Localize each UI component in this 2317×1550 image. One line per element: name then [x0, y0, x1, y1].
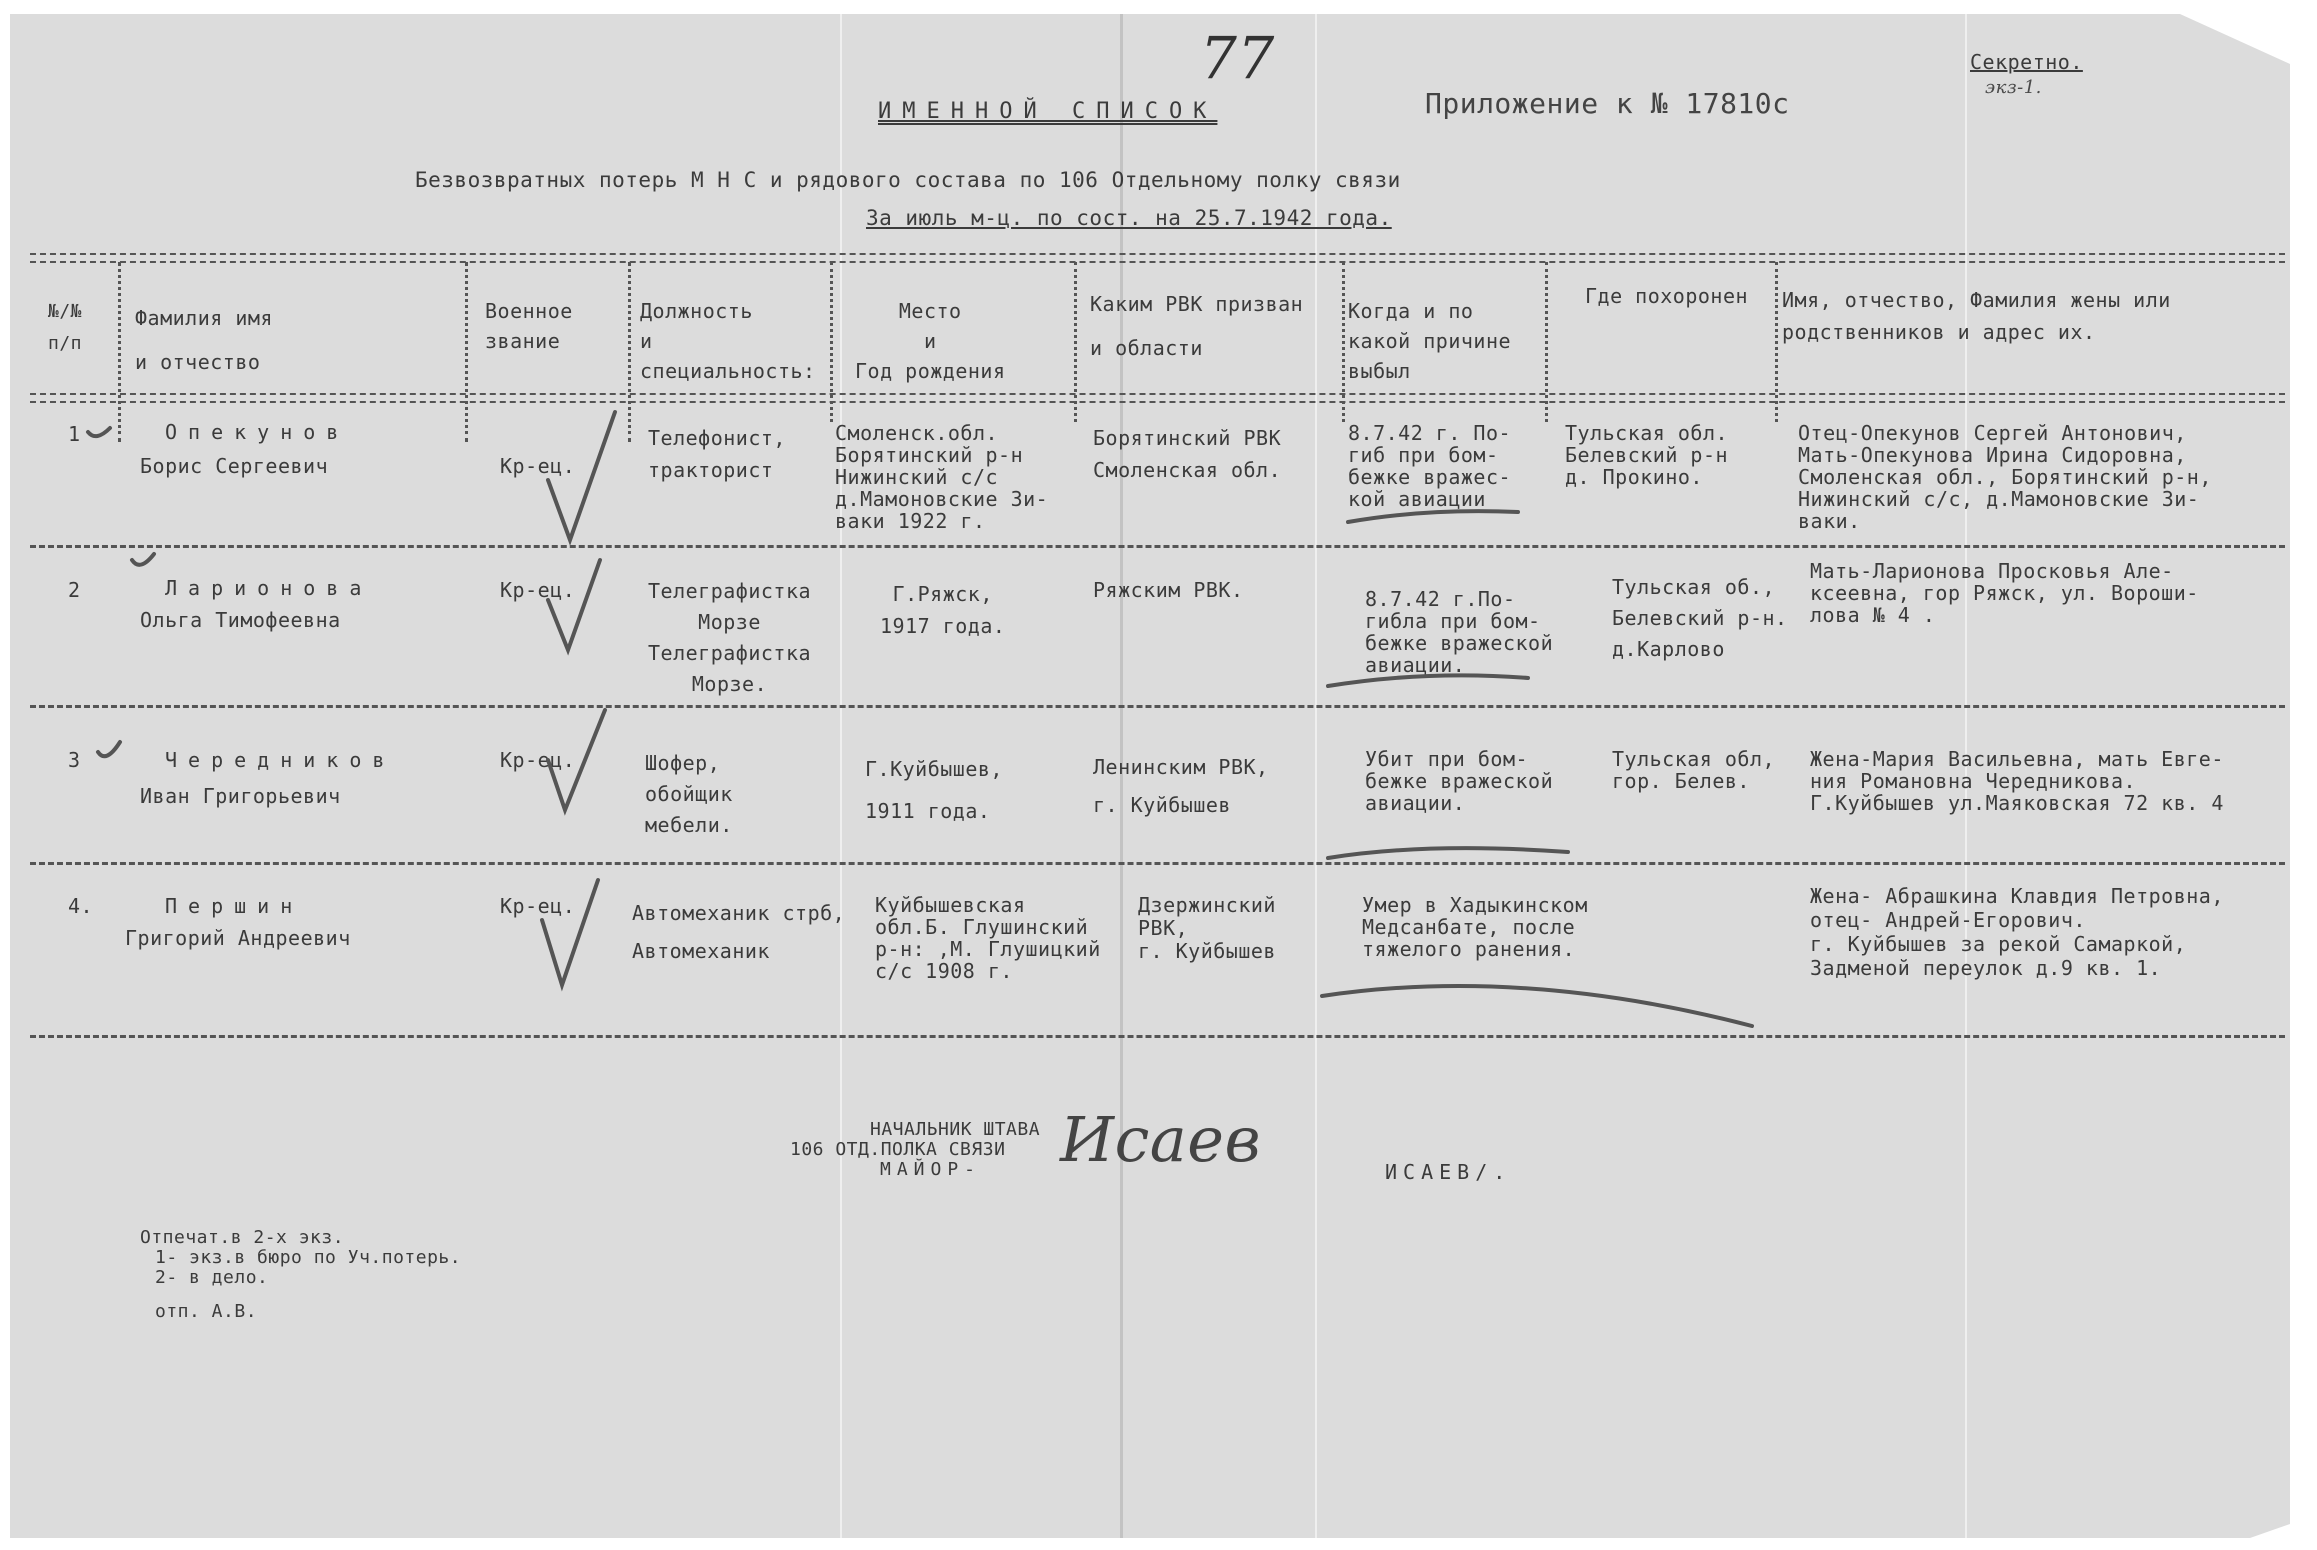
handwritten-signature: Исаев	[1060, 1105, 1261, 1175]
footnote-copies: Отпечат.в 2-х экз.	[140, 1228, 344, 1248]
signature-title-2: 106 ОТД.ПОЛКА СВЯЗИ	[790, 1140, 1005, 1160]
signature-rank: МАЙОР-	[880, 1160, 981, 1180]
footnote-copy-2: 2- в дело.	[155, 1268, 268, 1288]
signatory-name: ИСАЕВ/.	[1385, 1160, 1511, 1184]
footnote-copy-1: 1- экз.в бюро по Уч.потерь.	[155, 1248, 461, 1268]
pencil-marks	[0, 0, 2317, 1550]
footnote-typist: отп. А.В.	[155, 1302, 257, 1322]
signature-title-1: НАЧАЛЬНИК ШТАВА	[870, 1120, 1040, 1140]
